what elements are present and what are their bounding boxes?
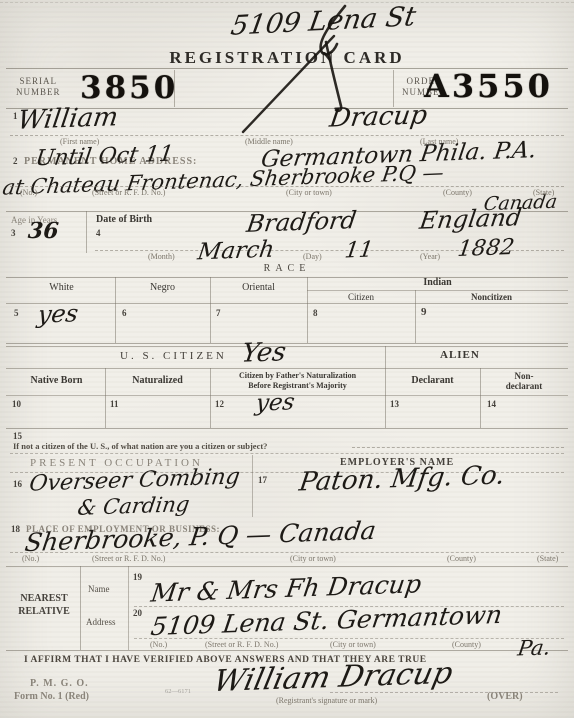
relative-box-divider-2 <box>128 566 129 650</box>
signature-writing-line <box>330 692 558 693</box>
native-born-label: Native Born <box>8 375 105 386</box>
address-caption-no: (No.) <box>20 188 37 197</box>
handwritten-top-address: 5109 Lena St <box>229 1 418 42</box>
address-row-writing-line <box>10 186 564 187</box>
row-15-bottom-line <box>10 453 564 454</box>
field-16-number: 16 <box>13 479 22 489</box>
handwritten-race-white-yes: yes <box>36 299 80 328</box>
day-caption: (Day) <box>303 252 322 261</box>
employment-writing-line <box>10 552 564 553</box>
dob-label: Date of Birth <box>96 214 152 225</box>
name-row-writing-line <box>10 135 564 136</box>
citizen-table-bottom-line <box>6 428 568 429</box>
handwritten-occupation-line1: Overseer Combing <box>28 464 242 496</box>
handwritten-address-until: Until Oct 11 <box>34 142 175 172</box>
relative-caption-county: (County) <box>452 640 481 649</box>
field-5-number: 5 <box>14 308 19 318</box>
form-org: P. M. G. O. <box>30 678 89 689</box>
relative-caption-street: (Street or R. F. D. No.) <box>205 640 278 649</box>
field-2-number: 2 <box>13 156 18 166</box>
handwritten-birth-country: England <box>418 203 524 235</box>
nation-answer-line <box>352 447 564 448</box>
handwritten-us-citizen-yes: Yes <box>240 337 288 369</box>
field-4-number: 4 <box>96 228 101 238</box>
handwritten-age: 36 <box>27 218 59 244</box>
occupation-employer-divider <box>252 455 253 517</box>
relative-name-label: Name <box>88 584 110 594</box>
declarant-label: Declarant <box>385 375 480 386</box>
handwritten-occupation-line2: & Carding <box>76 492 191 520</box>
handwritten-first-name: William <box>16 102 120 135</box>
relative-caption-no: (No.) <box>150 640 167 649</box>
field-19-number: 19 <box>133 572 142 582</box>
field-6-number: 6 <box>122 308 127 318</box>
relative-box-divider-1 <box>80 566 81 650</box>
field-15-number: 15 <box>13 431 22 441</box>
employment-caption-city: (City or town) <box>290 554 336 563</box>
handwritten-employment-place: Sherbrooke, P. Q — Canada <box>23 516 378 557</box>
form-print-code: 62—6171 <box>165 688 191 695</box>
relative-address-label: Address <box>86 617 116 627</box>
handwritten-last-name: Dracup <box>328 100 430 133</box>
field-13-number: 13 <box>390 399 399 409</box>
field-18-number: 18 <box>11 524 20 534</box>
race-section-title: RACE <box>0 263 574 274</box>
address-caption-state: (State) <box>533 188 554 197</box>
signature-caption: (Registrant's signature or mark) <box>276 696 377 705</box>
over-label: (OVER) <box>487 691 523 702</box>
nearest-relative-label: NEAREST RELATIVE <box>8 592 80 618</box>
citizen-table-top-line <box>6 346 568 347</box>
field-8-number: 8 <box>313 308 318 318</box>
form-name: Form No. 1 (Red) <box>14 691 89 702</box>
race-citizen-label: Citizen <box>307 292 415 302</box>
field-11-number: 11 <box>110 399 119 409</box>
handwritten-father-naturalization-yes: yes <box>254 389 296 416</box>
relative-caption-city: (City or town) <box>330 640 376 649</box>
race-noncitizen-label: Noncitizen <box>415 292 568 302</box>
nation-question: If not a citizen of the U. S., of what n… <box>13 441 267 451</box>
handwritten-month: March <box>196 237 276 266</box>
age-dob-divider <box>86 211 87 253</box>
race-indian-header: Indian <box>307 277 568 288</box>
employment-caption-county: (County) <box>447 554 476 563</box>
relative-box-top-line <box>6 566 568 567</box>
registration-card-document: 5109 Lena St REGISTRATION CARD SERIAL NU… <box>0 0 574 718</box>
field-14-number: 14 <box>487 399 496 409</box>
race-oriental-label: Oriental <box>210 282 307 293</box>
address-caption-county: (County) <box>443 188 472 197</box>
address-caption-city: (City or town) <box>286 188 332 197</box>
field-17-number: 17 <box>258 475 267 485</box>
naturalized-label: Naturalized <box>105 375 210 386</box>
employment-caption-no: (No.) <box>22 554 39 563</box>
alien-header: ALIEN <box>440 349 480 361</box>
employment-caption-street: (Street or R. F. D. No.) <box>92 554 165 563</box>
handwritten-relative-name: Mr & Mrs Fh Dracup <box>149 569 423 607</box>
field-3-number: 3 <box>11 228 16 238</box>
card-title: REGISTRATION CARD <box>0 48 574 68</box>
order-number-value: A3550 <box>424 67 553 105</box>
citizen-alien-divider <box>385 346 386 428</box>
field-12-number: 12 <box>215 399 224 409</box>
handwritten-employer-name: Paton. Mfg. Co. <box>297 460 506 497</box>
non-declarant-label: Non- declarant <box>480 371 568 391</box>
relative-box-bottom-line <box>6 650 568 651</box>
serial-number-label: SERIAL NUMBER <box>16 76 61 98</box>
indian-subheader-line <box>307 290 568 291</box>
field-10-number: 10 <box>12 399 21 409</box>
citizen-subheader-top-line <box>6 368 568 369</box>
race-table-header-line <box>6 303 568 304</box>
month-caption: (Month) <box>148 252 175 261</box>
handwritten-year: 1882 <box>456 235 516 262</box>
race-white-label: White <box>8 282 115 293</box>
address-caption-street: (Street or R. F. D. No.) <box>92 188 165 197</box>
year-caption: (Year) <box>420 252 440 261</box>
handwritten-birth-city: Bradford <box>245 206 359 238</box>
race-negro-label: Negro <box>115 282 210 293</box>
field-7-number: 7 <box>216 308 221 318</box>
top-edge-line <box>0 2 574 3</box>
citizen-by-father-label: Citizen by Father's Naturalization Befor… <box>210 371 385 391</box>
us-citizen-header: U. S. CITIZEN <box>120 350 227 362</box>
relative-address-writing-line <box>134 638 564 639</box>
serial-number-value: 3850 <box>80 70 178 106</box>
handwritten-relative-state: Pa. <box>516 635 552 660</box>
field-9-number: 9 <box>421 306 427 318</box>
field-20-number: 20 <box>133 608 142 618</box>
employment-caption-state: (State) <box>537 554 558 563</box>
handwritten-day: 11 <box>343 238 375 264</box>
middle-name-caption: (Middle name) <box>245 137 293 146</box>
